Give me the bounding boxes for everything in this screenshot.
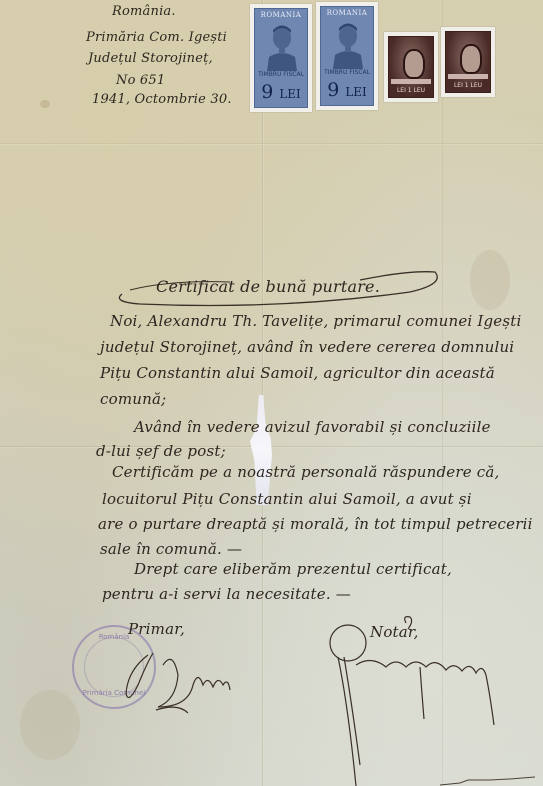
- fiscal-stamp-2: ROMANIA TIMBRU FISCAL 9 LEI: [316, 2, 378, 110]
- stamp-label: TIMBRU FISCAL: [255, 71, 307, 78]
- stain: [470, 250, 510, 310]
- stamp-value: 9 LEI: [255, 81, 307, 103]
- paper-crack: [440, 775, 543, 786]
- stamp-value: LEI 1 LEU: [446, 82, 490, 89]
- body-line: județul Storojineț, având în vedere cere…: [100, 338, 514, 356]
- document-title: Certificat de bună purtare.: [156, 277, 380, 296]
- stain: [20, 690, 80, 760]
- stamp-country: ROMANIA: [255, 11, 307, 19]
- fold-line-horizontal-top: [0, 143, 543, 145]
- body-line: Drept care eliberăm prezentul certificat…: [134, 560, 452, 578]
- body-line: Noi, Alexandru Th. Tavelițe, primarul co…: [110, 312, 522, 330]
- header-county: Județul Storojineț,: [88, 51, 213, 66]
- stamp-band: [448, 74, 488, 79]
- paper-tear: [250, 395, 272, 505]
- aviator-icon: [403, 49, 425, 79]
- mayor-signature-icon: [118, 645, 248, 715]
- header-number: No 651: [116, 73, 165, 88]
- body-line: locuitorul Pițu Constantin alui Samoil, …: [102, 490, 472, 508]
- mayor-role-label: Primar,: [128, 620, 185, 638]
- aviator-icon: [460, 44, 482, 74]
- notary-signature-icon: [326, 615, 506, 786]
- body-line: d-lui șef de post;: [96, 442, 226, 460]
- fold-line-horizontal-middle: [0, 446, 543, 448]
- stamp-label: TIMBRU FISCAL: [321, 69, 373, 76]
- header-country: România.: [112, 4, 176, 19]
- body-line: Având în vedere avizul favorabil și conc…: [134, 418, 491, 436]
- stamp-value: LEI 1 LEU: [389, 87, 433, 94]
- body-line: sale în comună. —: [100, 540, 242, 558]
- portrait-icon: [265, 21, 299, 71]
- header-date: 1941, Octombrie 30.: [92, 92, 232, 107]
- stamp-value-unit: LEI: [345, 85, 366, 99]
- fiscal-stamp-1: ROMANIA TIMBRU FISCAL 9 LEI: [250, 4, 312, 112]
- body-line: Certificăm pe a noastră personală răspun…: [112, 463, 499, 481]
- body-line: are o purtare dreaptă și morală, în tot …: [98, 515, 533, 533]
- stamp-value: 9 LEI: [321, 79, 373, 101]
- aviation-stamp-1: LEI 1 LEU: [384, 32, 438, 102]
- stamp-country: ROMANIA: [321, 9, 373, 17]
- body-line: pentru a-i servi la necesitate. —: [102, 585, 351, 603]
- aviation-stamp-2: LEI 1 LEU: [441, 27, 495, 97]
- stain: [40, 100, 50, 108]
- stamp-value-number: 9: [261, 81, 273, 103]
- stamp-value-number: 9: [327, 79, 339, 101]
- stamp-band: [391, 79, 431, 84]
- body-line: Pițu Constantin alui Samoil, agricultor …: [100, 364, 495, 382]
- document-page: România. Primăria Com. Igești Județul St…: [0, 0, 543, 786]
- stamp-value-unit: LEI: [279, 87, 300, 101]
- header-mayoralty: Primăria Com. Igești: [86, 30, 227, 45]
- fold-line-vertical: [262, 0, 264, 786]
- body-line: comună;: [100, 390, 166, 408]
- portrait-icon: [331, 19, 365, 69]
